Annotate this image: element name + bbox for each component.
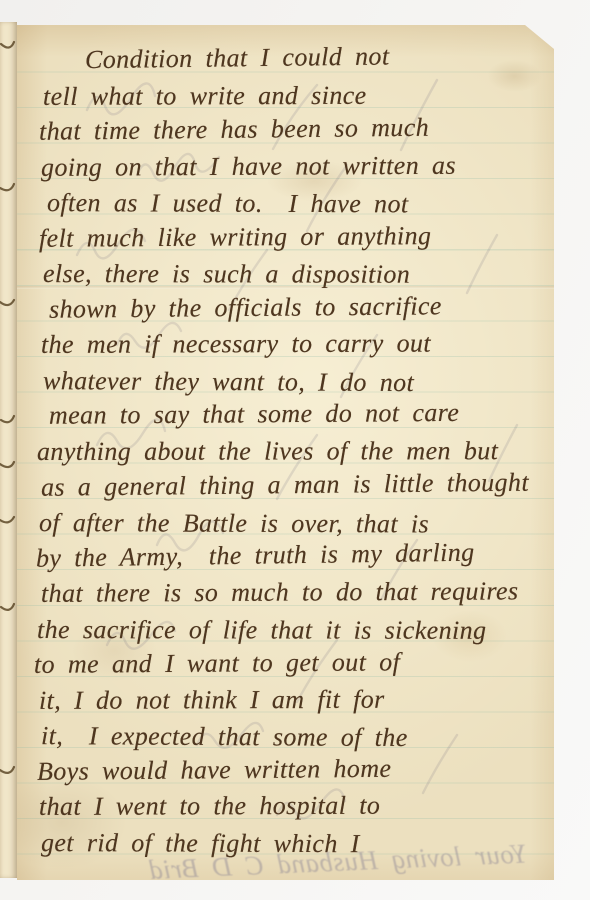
underlying-page-edge: [0, 22, 17, 878]
letter-line: to me and I want to get out of: [17, 644, 554, 683]
letter-line: Boys would have written home: [17, 749, 554, 789]
letter-line: it, I do not think I am fit for: [17, 681, 554, 718]
ink-stroke-fragments: [0, 22, 17, 878]
letter-line: Condition that I could not: [17, 36, 554, 78]
letter-line: going on that I have not written as: [17, 147, 554, 185]
letter-line: by the Army, the truth is my darling: [17, 533, 554, 576]
letter-page: Condition that I could not tell what to …: [17, 25, 554, 880]
letter-line: get rid of the fight which I: [17, 825, 554, 862]
letter-line: anything about the lives of the men but: [17, 433, 554, 469]
letter-line: that time there has been so much: [17, 108, 554, 149]
letter-line: that there is so much to do that require…: [17, 573, 554, 611]
letter-line: the men if necessary to carry out: [17, 326, 554, 363]
letter-line: mean to say that some do not care: [17, 395, 554, 434]
letter-line: the sacrifice of life that it is sickeni…: [17, 612, 554, 648]
letter-line: shown by the officials to sacrifice: [17, 287, 554, 327]
letter-line: felt much like writing or anything: [17, 217, 554, 256]
letter-line: that I went to the hospital to: [17, 788, 554, 825]
letter-text: Condition that I could not tell what to …: [17, 43, 554, 861]
scanned-letter-photo: Condition that I could not tell what to …: [0, 0, 590, 900]
letter-line: as a general thing a man is little thoug…: [17, 464, 554, 505]
